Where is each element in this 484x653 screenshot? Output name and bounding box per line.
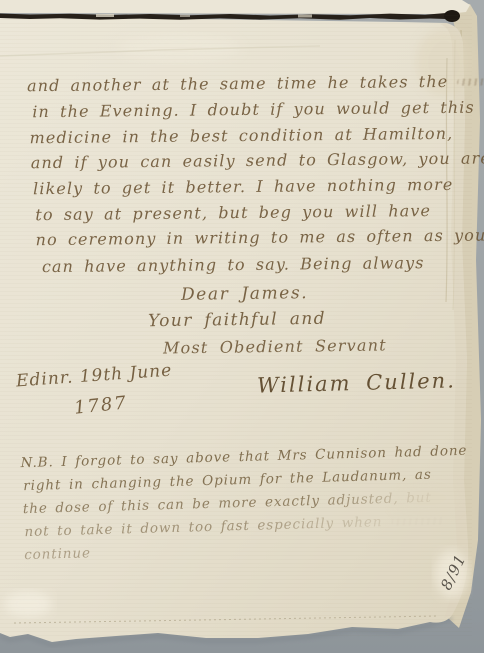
page-above-strip xyxy=(0,0,470,14)
letter-line: in the Evening. I doubt if you would get… xyxy=(32,98,475,122)
postscript-line: continue xyxy=(24,545,91,563)
letter-scan: and another at the same time he takes th… xyxy=(0,0,484,653)
paper-stain xyxy=(4,591,52,617)
letter-line: and if you can easily send to Glasgow, y… xyxy=(31,148,484,172)
postscript-line: not to take it down too fast especially … xyxy=(24,512,445,540)
letter-line: medicine in the best condition at Hamilt… xyxy=(29,124,453,147)
valediction-line: Your faithful and xyxy=(148,309,326,331)
postscript: N.B. I forgot to say above that Mrs Cunn… xyxy=(20,443,463,575)
letter-line: likely to get it better. I have nothing … xyxy=(33,175,454,198)
postscript-line: the dose of this can be more exactly adj… xyxy=(23,490,432,517)
postscript-line: right in changing the Opium for the Laud… xyxy=(23,467,432,494)
letter-line: to say at present, but beg you will have xyxy=(35,201,431,224)
letter-line: and another at the same time he takes th… xyxy=(27,71,484,95)
salutation: Dear James. xyxy=(181,283,308,305)
letter-line: no ceremony in writing to me as often as… xyxy=(36,225,484,249)
valediction-line: Most Obedient Servant xyxy=(163,335,387,357)
letter-line: can have anything to say. Being always xyxy=(42,253,425,276)
letter-body: and another at the same time he takes th… xyxy=(25,70,467,290)
